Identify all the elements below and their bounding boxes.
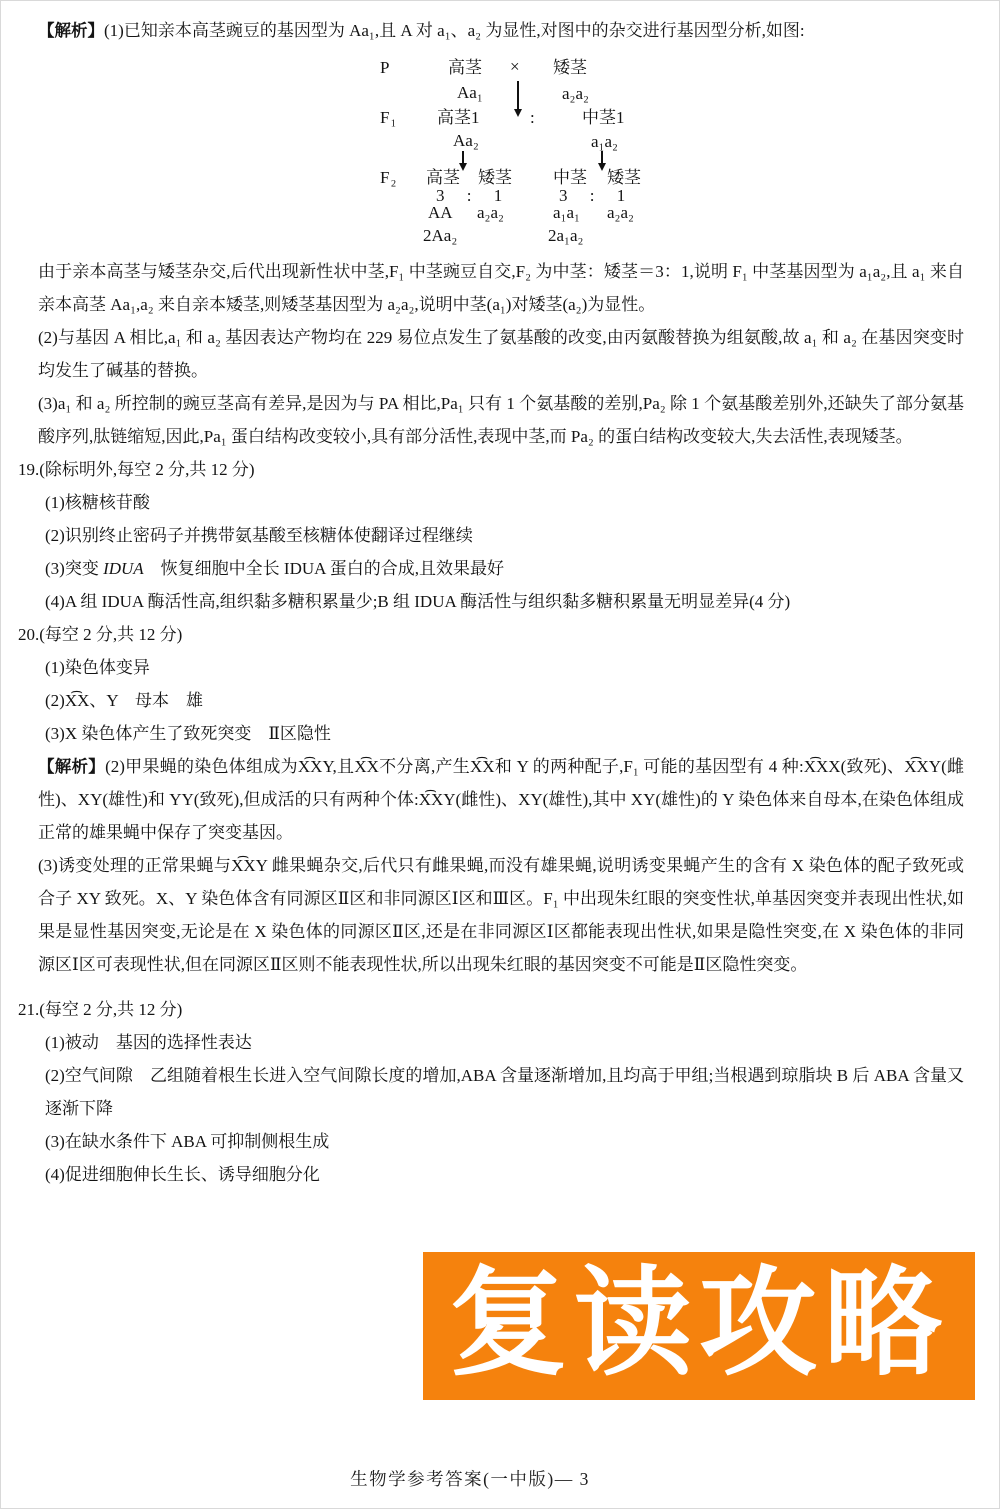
cross-symbol: × <box>510 57 520 77</box>
f2-left-short-phenotype: 矮茎 <box>478 168 512 188</box>
f1-mid-phenotype: 中茎1 <box>582 108 625 128</box>
answer-21-1: (1)被动 基因的选择性表达 <box>45 1026 964 1059</box>
answer-19-1: (1)核糖核苷酸 <box>45 486 964 519</box>
down-arrow-icon <box>517 81 519 111</box>
answer-19-3-post: 恢复细胞中全长 IDUA 蛋白的合成,且效果最好 <box>144 559 504 578</box>
down-arrow-icon <box>601 151 603 165</box>
p-short-genotype: a₂a₂ <box>562 84 589 104</box>
question-19-header: 19.(除标明外,每空 2 分,共 12 分) <box>18 453 964 486</box>
solution1-intro: 【解析】(1)已知亲本高茎豌豆的基因型为 Aa₁,且 A 对 a₁、a₂ 为显性… <box>38 14 964 47</box>
f2-genotype-a2a2-right: a₂a₂ <box>607 203 634 223</box>
answer-20-2: (2)X͡X、Y 母本 雄 <box>45 684 964 717</box>
f2-generation-label: F₂ <box>380 168 397 188</box>
solution1-intro-text: (1)已知亲本高茎豌豆的基因型为 Aa₁,且 A 对 a₁、a₂ 为显性,对图中… <box>104 21 805 40</box>
f2-genotype-2Aa2: 2Aa₂ <box>423 226 457 246</box>
p-generation-label: P <box>380 58 390 78</box>
question-20-header: 20.(每空 2 分,共 12 分) <box>18 618 964 651</box>
f1-generation-label: F₁ <box>380 108 397 128</box>
f2-genotype-a2a2-left: a₂a₂ <box>477 203 504 223</box>
f2-genotype-2a1a2: 2a₁a₂ <box>548 226 583 246</box>
page-body: 【解析】(1)已知亲本高茎豌豆的基因型为 Aa₁,且 A 对 a₁、a₂ 为显性… <box>38 14 964 1191</box>
answer-21-4: (4)促进细胞伸长生长、诱导细胞分化 <box>45 1158 964 1191</box>
solution1-tag: 【解析】 <box>38 21 104 40</box>
solution1-paragraph-3: (2)与基因 A 相比,a₁ 和 a₂ 基因表达产物均在 229 易位点发生了氨… <box>38 321 964 387</box>
answer-sheet-page: 【解析】(1)已知亲本高茎豌豆的基因型为 Aa₁,且 A 对 a₁、a₂ 为显性… <box>0 0 1000 1509</box>
f2-left-tall-phenotype: 高茎 <box>426 168 460 188</box>
answer-19-2: (2)识别终止密码子并携带氨基酸至核糖体使翻译过程继续 <box>45 519 964 552</box>
p-tall-phenotype: 高茎 <box>448 58 482 78</box>
solution2-paragraph-1-text: (2)甲果蝇的染色体组成为X͡XY,且X͡X不分离,产生X͡X和 Y 的两种配子… <box>38 757 964 842</box>
answer-19-3-gene-name: IDUA <box>103 559 144 578</box>
p-tall-genotype: Aa₁ <box>457 83 483 103</box>
question-21-header: 21.(每空 2 分,共 12 分) <box>18 993 964 1026</box>
f2-right-short-phenotype: 矮茎 <box>607 168 641 188</box>
answer-19-3: (3)突变 IDUA 恢复细胞中全长 IDUA 蛋白的合成,且效果最好 <box>45 552 964 585</box>
f1-tall-phenotype: 高茎1 <box>437 108 480 128</box>
down-arrow-icon <box>462 151 464 165</box>
f1-ratio-colon: : <box>530 108 535 128</box>
genetic-cross-diagram: P 高茎 × 矮茎 Aa₁ a₂a₂ F₁ 高茎1 : 中茎1 Aa₂ a₁a₂… <box>38 47 964 255</box>
page-footer: 生物学参考答案(一中版)— 3 <box>0 1466 940 1491</box>
answer-20-1: (1)染色体变异 <box>45 651 964 684</box>
f1-mid-genotype: a₁a₂ <box>591 132 618 152</box>
answer-19-3-pre: (3)突变 <box>45 559 103 578</box>
f2-genotype-AA: AA <box>428 203 453 223</box>
f1-tall-genotype: Aa₂ <box>453 131 479 151</box>
reread-strategy-banner: 复读攻略 <box>423 1252 975 1400</box>
answer-20-3: (3)X 染色体产生了致死突变 Ⅱ区隐性 <box>45 717 964 750</box>
answer-19-4: (4)A 组 IDUA 酶活性高,组织黏多糖积累量少;B 组 IDUA 酶活性与… <box>45 585 964 618</box>
answer-21-3: (3)在缺水条件下 ABA 可抑制侧根生成 <box>45 1125 964 1158</box>
answer-21-2: (2)空气间隙 乙组随着根生长进入空气间隙长度的增加,ABA 含量逐渐增加,且均… <box>45 1059 964 1125</box>
f2-right-mid-phenotype: 中茎 <box>553 168 587 188</box>
solution2-paragraph-2: (3)诱变处理的正常果蝇与X͡XY 雌果蝇杂交,后代只有雌果蝇,而没有雄果蝇,说… <box>38 849 964 981</box>
solution2-tag: 【解析】 <box>38 757 105 776</box>
solution1-paragraph-2: 由于亲本高茎与矮茎杂交,后代出现新性状中茎,F₁ 中茎豌豆自交,F₂ 为中茎：矮… <box>38 255 964 321</box>
solution2-paragraph-1: 【解析】(2)甲果蝇的染色体组成为X͡XY,且X͡X不分离,产生X͡X和 Y 的… <box>38 750 964 849</box>
solution1-paragraph-4: (3)a₁ 和 a₂ 所控制的豌豆茎高有差异,是因为与 PA 相比,Pa₁ 只有… <box>38 387 964 453</box>
p-short-phenotype: 矮茎 <box>553 58 587 78</box>
f2-genotype-a1a1: a₁a₁ <box>553 203 580 223</box>
reread-strategy-banner-text: 复读攻略 <box>449 1264 949 1382</box>
